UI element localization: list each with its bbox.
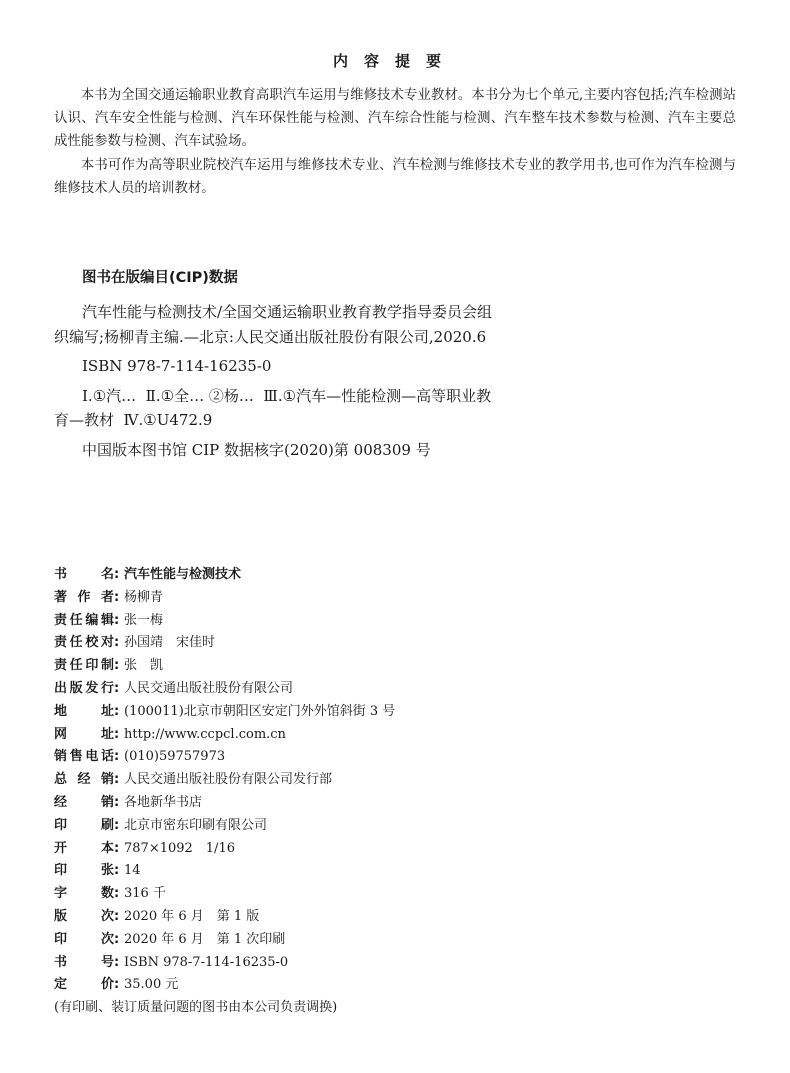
- colophon-value: 787×1092 1/16: [124, 838, 235, 861]
- colophon-colon: :: [114, 701, 124, 724]
- colophon-value: 35.00 元: [124, 974, 178, 997]
- colophon-label: 地址: [54, 701, 114, 724]
- colophon-label: 责任编辑: [54, 610, 114, 633]
- colophon-value: 北京市密东印刷有限公司: [124, 815, 267, 838]
- colophon-colon: :: [114, 746, 124, 769]
- colophon-row: 开本:787×1092 1/16: [54, 838, 395, 861]
- colophon-row: 销售电话:(010)59757973: [54, 746, 395, 769]
- colophon-colon: :: [114, 769, 124, 792]
- colophon-label: 网址: [54, 724, 114, 747]
- colophon-colon: :: [114, 724, 124, 747]
- summary-paragraph: 本书可作为高等职业院校汽车运用与维修技术专业、汽车检测与维修技术专业的教学用书,…: [54, 154, 736, 200]
- cip-isbn: ISBN 978-7-114-16235-0: [54, 354, 504, 379]
- colophon-row: 书名:汽车性能与检测技术: [54, 564, 395, 587]
- colophon-row: 印刷:北京市密东印刷有限公司: [54, 815, 395, 838]
- colophon-label: 总经销: [54, 769, 114, 792]
- summary-title: 内容提要: [0, 50, 790, 71]
- colophon: 书名:汽车性能与检测技术著作者:杨柳青责任编辑:张一梅责任校对:孙国靖 宋佳时责…: [54, 564, 395, 1020]
- colophon-label: 印刷: [54, 815, 114, 838]
- colophon-value: 杨柳青: [124, 587, 163, 610]
- colophon-colon: :: [114, 974, 124, 997]
- colophon-value: 张 凯: [124, 655, 163, 678]
- colophon-colon: :: [114, 632, 124, 655]
- colophon-value: 316 千: [124, 883, 166, 906]
- colophon-row: 定价:35.00 元: [54, 974, 395, 997]
- colophon-row: 印张:14: [54, 860, 395, 883]
- colophon-label: 开本: [54, 838, 114, 861]
- cip-record: 中国版本图书馆 CIP 数据核字(2020)第 008309 号: [54, 438, 504, 463]
- colophon-label: 出版发行: [54, 678, 114, 701]
- colophon-label: 著作者: [54, 587, 114, 610]
- colophon-colon: :: [114, 587, 124, 610]
- colophon-value: 张一梅: [124, 610, 163, 633]
- colophon-label: 版次: [54, 906, 114, 929]
- colophon-row: 责任编辑:张一梅: [54, 610, 395, 633]
- colophon-label: 印次: [54, 929, 114, 952]
- colophon-colon: :: [114, 906, 124, 929]
- colophon-colon: :: [114, 860, 124, 883]
- colophon-row: 责任校对:孙国靖 宋佳时: [54, 632, 395, 655]
- cip-entry: 汽车性能与检测技术/全国交通运输职业教育教学指导委员会组织编写;杨柳青主编.—北…: [54, 300, 504, 349]
- colophon-row: 责任印制:张 凯: [54, 655, 395, 678]
- colophon-colon: :: [114, 610, 124, 633]
- colophon-label: 书名: [54, 564, 114, 587]
- colophon-label: 销售电话: [54, 746, 114, 769]
- colophon-row: 总经销:人民交通出版社股份有限公司发行部: [54, 769, 395, 792]
- colophon-colon: :: [114, 678, 124, 701]
- colophon-colon: :: [114, 883, 124, 906]
- colophon-row: 书号:ISBN 978-7-114-16235-0: [54, 952, 395, 975]
- colophon-label: 定价: [54, 974, 114, 997]
- colophon-value: 人民交通出版社股份有限公司发行部: [124, 769, 332, 792]
- colophon-value: 孙国靖 宋佳时: [124, 632, 215, 655]
- colophon-row: 著作者:杨柳青: [54, 587, 395, 610]
- colophon-value: ISBN 978-7-114-16235-0: [124, 952, 288, 975]
- colophon-label: 责任校对: [54, 632, 114, 655]
- colophon-colon: :: [114, 655, 124, 678]
- colophon-colon: :: [114, 564, 124, 587]
- colophon-colon: :: [114, 952, 124, 975]
- colophon-colon: :: [114, 929, 124, 952]
- colophon-label: 经销: [54, 792, 114, 815]
- cip-classification: Ⅰ.①汽… Ⅱ.①全… ②杨… Ⅲ.①汽车—性能检测—高等职业教育—教材 Ⅳ.①…: [54, 384, 504, 433]
- colophon-value: 14: [124, 860, 141, 883]
- colophon-value: 2020 年 6 月 第 1 版: [124, 906, 259, 929]
- colophon-row: 出版发行:人民交通出版社股份有限公司: [54, 678, 395, 701]
- colophon-label: 责任印制: [54, 655, 114, 678]
- colophon-note: (有印刷、装订质量问题的图书由本公司负责调换): [54, 997, 395, 1020]
- summary-paragraph: 本书为全国交通运输职业教育高职汽车运用与维修技术专业教材。本书分为七个单元,主要…: [54, 84, 736, 154]
- colophon-colon: :: [114, 792, 124, 815]
- colophon-label: 字数: [54, 883, 114, 906]
- cip-block: 汽车性能与检测技术/全国交通运输职业教育教学指导委员会组织编写;杨柳青主编.—北…: [54, 300, 504, 467]
- colophon-label: 书号: [54, 952, 114, 975]
- colophon-colon: :: [114, 838, 124, 861]
- cip-heading: 图书在版编目(CIP)数据: [82, 266, 238, 287]
- colophon-value: 人民交通出版社股份有限公司: [124, 678, 293, 701]
- colophon-row: 地址:(100011)北京市朝阳区安定门外外馆斜街 3 号: [54, 701, 395, 724]
- colophon-value: http://www.ccpcl.com.cn: [124, 724, 286, 747]
- colophon-value: 各地新华书店: [124, 792, 202, 815]
- colophon-value: (100011)北京市朝阳区安定门外外馆斜街 3 号: [124, 701, 395, 724]
- colophon-label: 印张: [54, 860, 114, 883]
- summary-body: 本书为全国交通运输职业教育高职汽车运用与维修技术专业教材。本书分为七个单元,主要…: [54, 84, 736, 200]
- colophon-colon: :: [114, 815, 124, 838]
- colophon-row: 网址:http://www.ccpcl.com.cn: [54, 724, 395, 747]
- colophon-row: 字数:316 千: [54, 883, 395, 906]
- colophon-row: 版次:2020 年 6 月 第 1 版: [54, 906, 395, 929]
- colophon-value: 汽车性能与检测技术: [124, 564, 241, 587]
- colophon-row: 经销:各地新华书店: [54, 792, 395, 815]
- colophon-row: 印次:2020 年 6 月 第 1 次印刷: [54, 929, 395, 952]
- colophon-value: (010)59757973: [124, 746, 225, 769]
- colophon-value: 2020 年 6 月 第 1 次印刷: [124, 929, 285, 952]
